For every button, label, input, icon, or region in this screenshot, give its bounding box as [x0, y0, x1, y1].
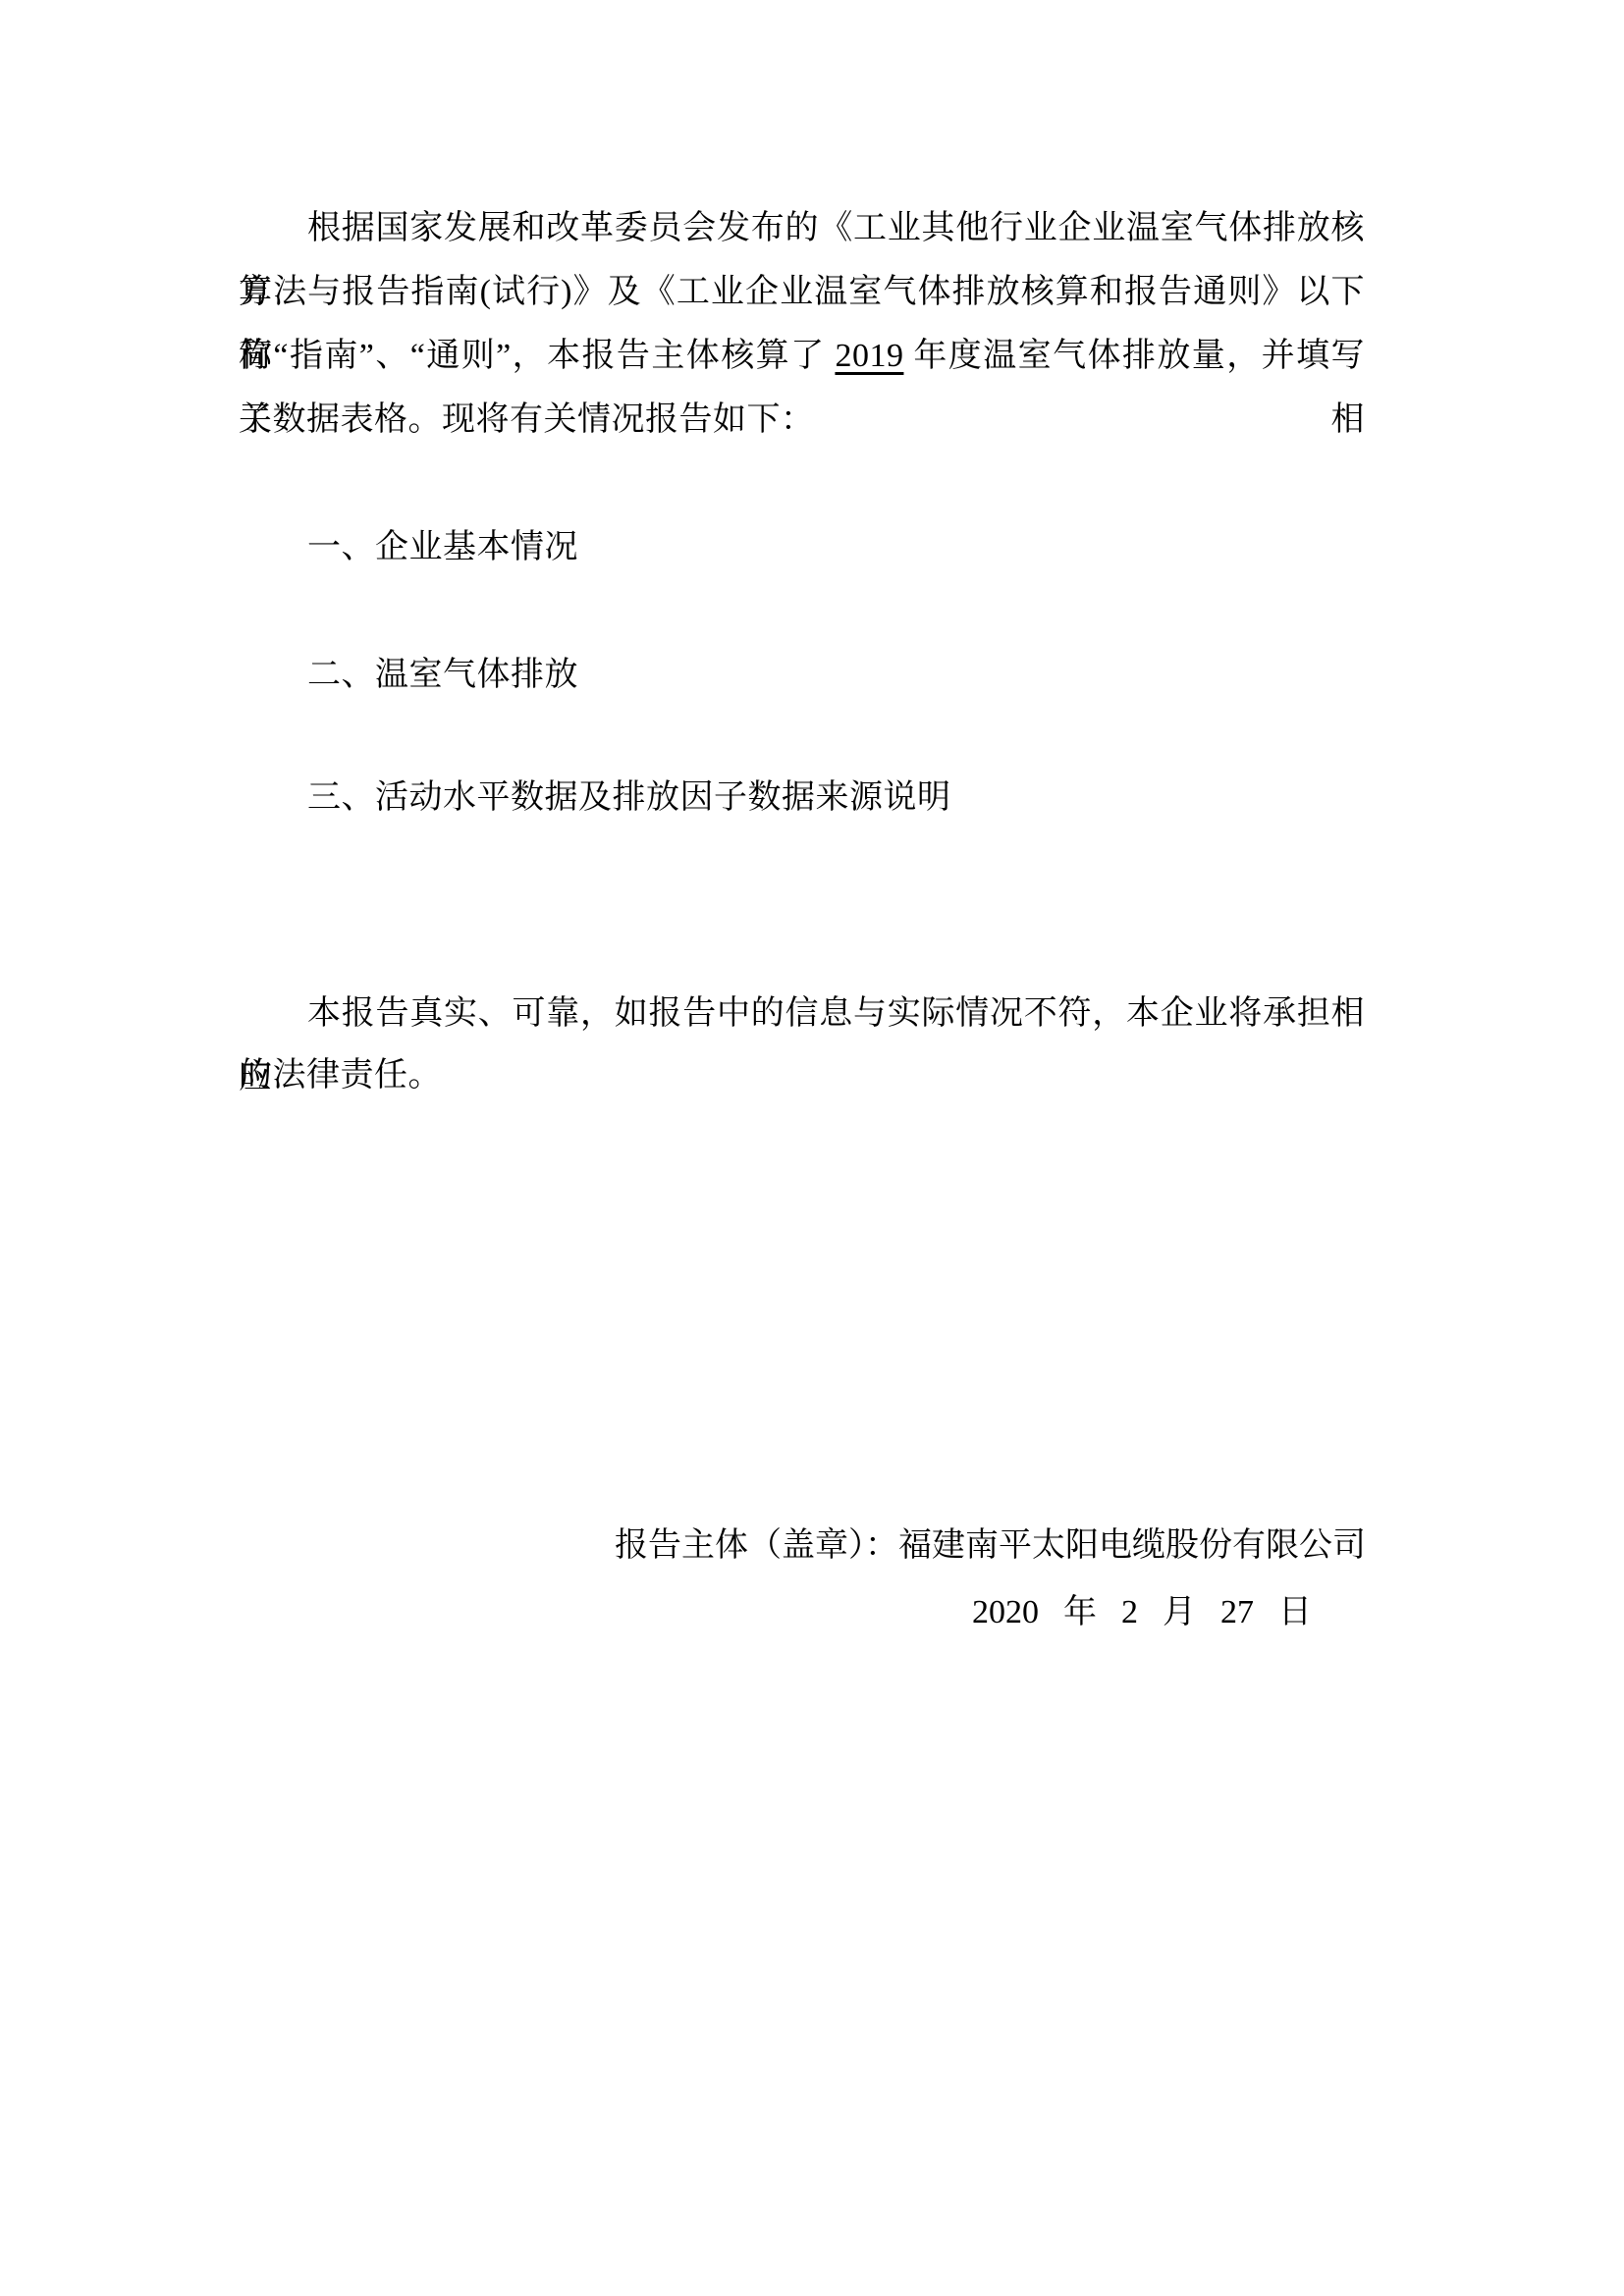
date-month-unit: 月	[1163, 1580, 1196, 1644]
declaration-line-2: 的法律责任。	[239, 1043, 1365, 1107]
toc-item-ghg-emissions: 二、温室气体排放	[239, 643, 1365, 707]
signature-label: 报告主体（盖章）：	[615, 1527, 898, 1564]
intro-line3-prefix: 称“指南”、“通则”，本报告主体核算了	[239, 338, 835, 374]
report-date-line: 2020 年 2 月 27 日	[972, 1580, 1312, 1644]
date-day-unit: 日	[1278, 1580, 1312, 1644]
report-year-underlined: 2019	[835, 338, 903, 374]
signature-company-name: 福建南平太阳电缆股份有限公司	[898, 1527, 1366, 1564]
intro-paragraph-line-4: 关数据表格。现将有关情况报告如下：	[239, 388, 1365, 452]
toc-item-activity-data-sources: 三、活动水平数据及排放因子数据来源说明	[239, 766, 1365, 829]
date-year-unit: 年	[1063, 1580, 1097, 1644]
date-year-value: 2020	[972, 1580, 1039, 1644]
document-page: 根据国家发展和改革委员会发布的《工业其他行业企业温室气体排放核算 方法与报告指南…	[0, 0, 1624, 2296]
date-day-value: 27	[1220, 1580, 1254, 1644]
date-month-value: 2	[1121, 1580, 1138, 1644]
toc-item-company-basic-info: 一、企业基本情况	[239, 515, 1365, 579]
